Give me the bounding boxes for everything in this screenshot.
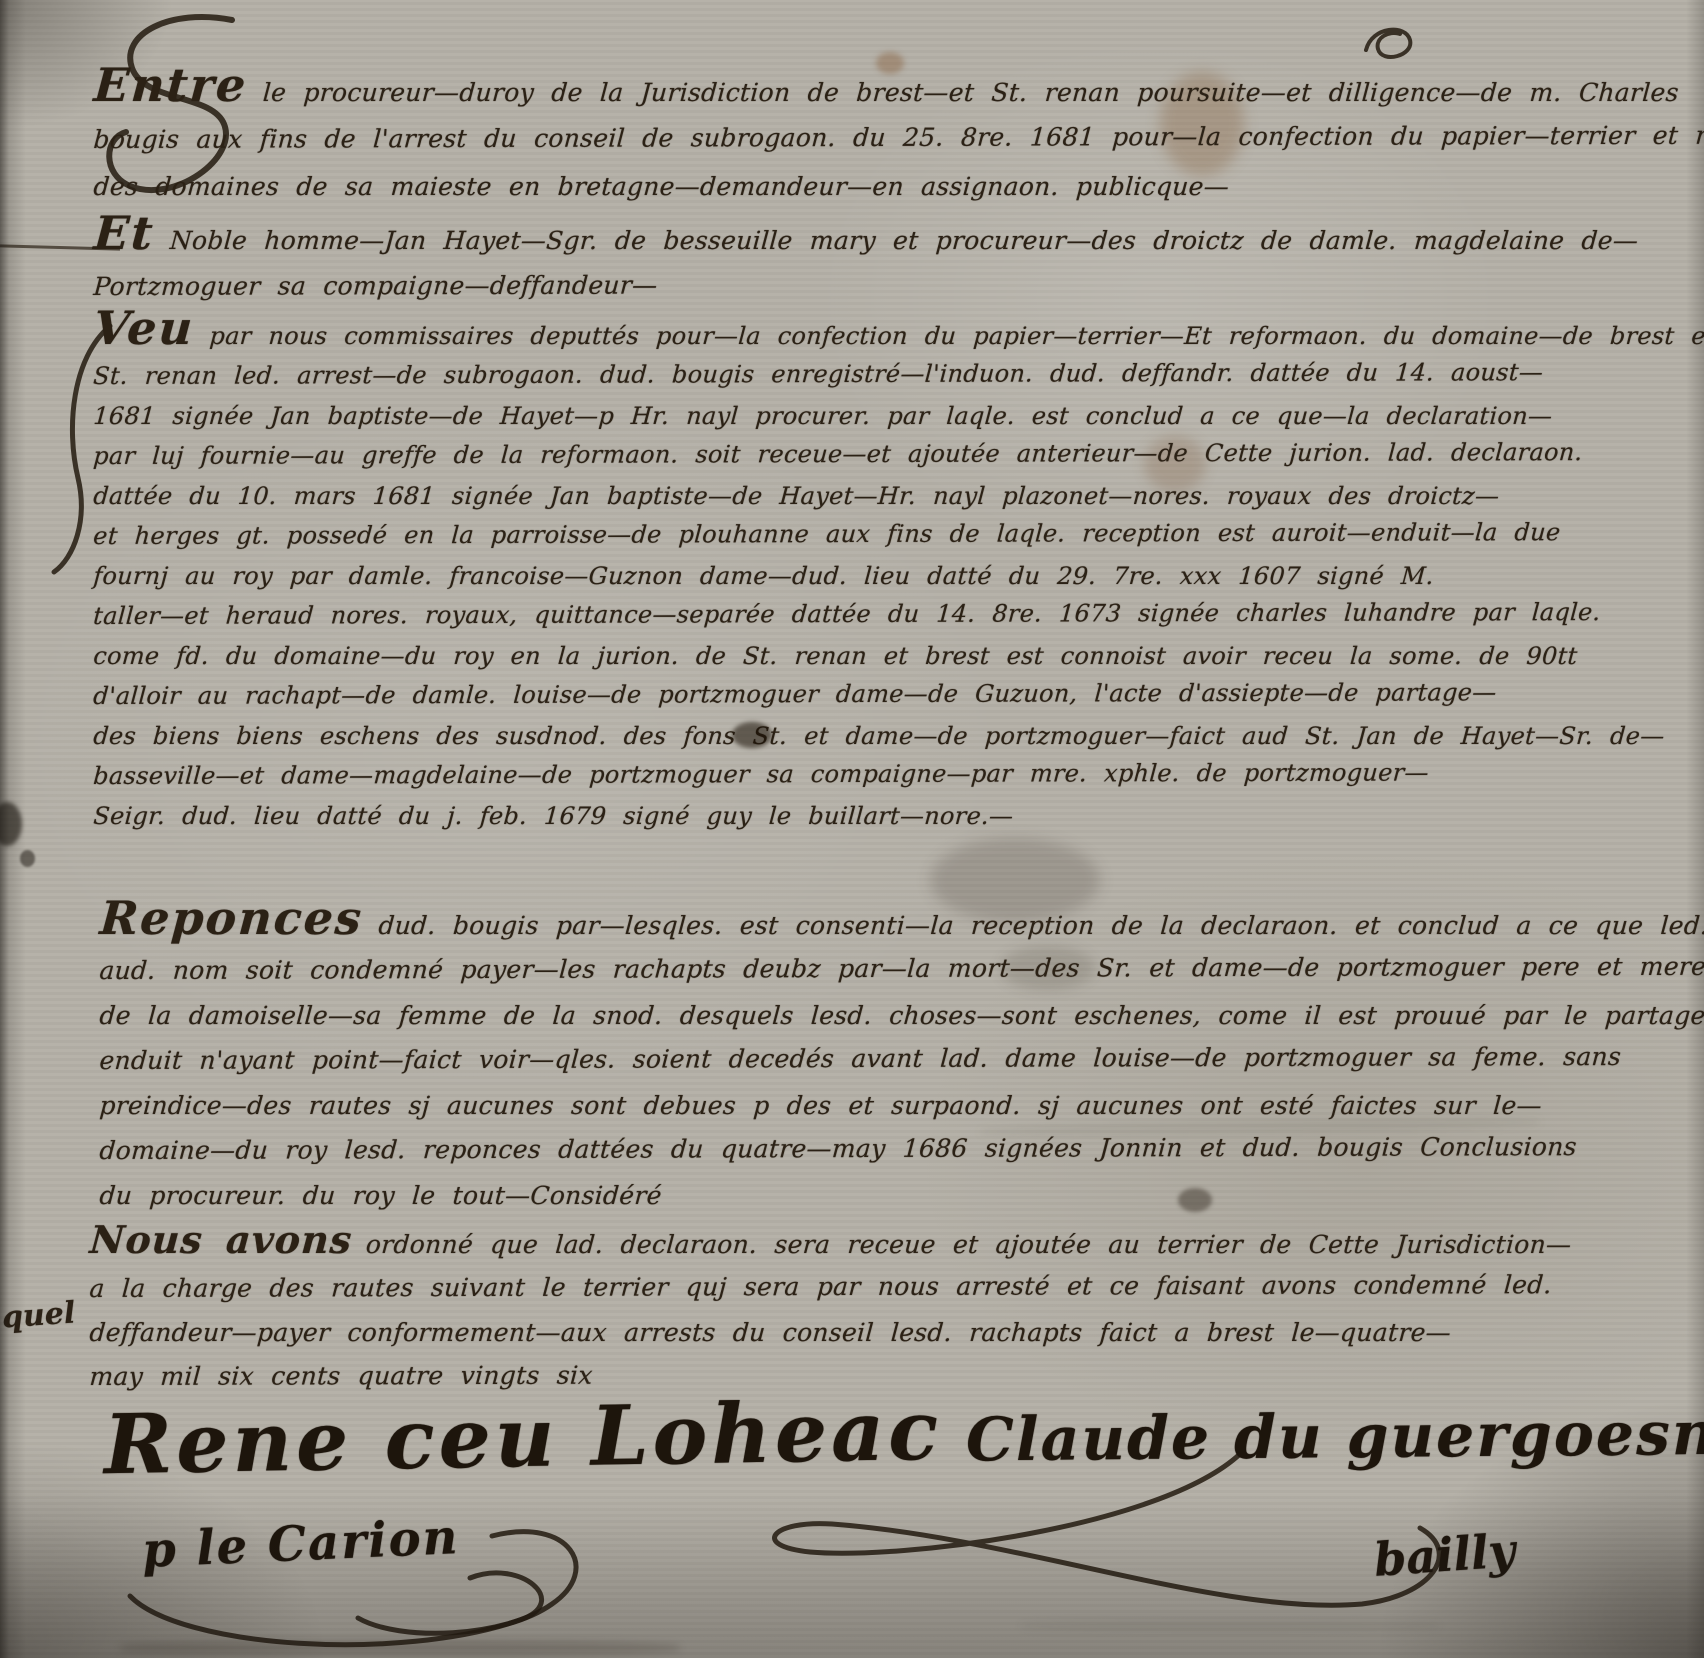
signature-claude-du-guergoesne: Claude du guergoesne	[966, 1399, 1704, 1476]
line-text: dud. bougis par—lesqles. est consenti—la…	[378, 911, 1704, 940]
manuscript-page: Entrele procureur—duroy de la Jurisdicti…	[0, 0, 1704, 1658]
text-line: des domaines de sa maieste en bretagne—d…	[92, 163, 1704, 210]
drop-cap: Entre	[92, 58, 249, 112]
margin-note: quel	[1, 1295, 77, 1335]
signature-bailly: bailly	[1372, 1523, 1517, 1587]
text-line: deffandeur—payer conformement—aux arrest…	[88, 1311, 1573, 1355]
text-line: du procureur. du roy le tout—Considéré	[98, 1173, 1704, 1218]
text-line: preindice—des rautes sj aucunes sont deb…	[98, 1083, 1704, 1128]
paragraph-entre: Entrele procureur—duroy de la Jurisdicti…	[92, 62, 1704, 210]
text-line: et herges gt. possedé en la parroisse—de…	[92, 512, 1704, 556]
text-line: des biens biens eschens des susdnod. des…	[92, 716, 1704, 756]
drop-cap: Nous avons	[88, 1217, 354, 1262]
text-line: a la charge des rautes suivant le terrie…	[88, 1263, 1573, 1311]
edge-blot	[0, 802, 22, 846]
text-line: par luj fournie—au greffe de la reformao…	[92, 432, 1704, 476]
drop-cap: Veu	[92, 301, 196, 355]
text-line: Seigr. dud. lieu datté du j. feb. 1679 s…	[92, 796, 1704, 836]
drop-cap: Reponces	[98, 891, 365, 945]
text-line: St. renan led. arrest—de subrogaon. dud.…	[92, 352, 1704, 396]
text-line: taller—et heraud nores. royaux, quittanc…	[92, 592, 1704, 636]
text-line: 1681 signée Jan baptiste—de Hayet—p Hr. …	[92, 396, 1704, 436]
text-line: fournj au roy par damle. francoise—Guzno…	[92, 556, 1704, 596]
line-text: Noble homme—Jan Hayet—Sgr. de besseuille…	[169, 226, 1639, 255]
line-text: le procureur—duroy de la Jurisdiction de…	[262, 78, 1680, 107]
line-text: ordonné que lad. declaraon. sera receue …	[365, 1230, 1572, 1259]
drop-cap: Et	[92, 206, 156, 260]
text-line: de la damoiselle—sa femme de la snod. de…	[98, 993, 1704, 1038]
text-line: EtNoble homme—Jan Hayet—Sgr. de besseuil…	[92, 210, 1640, 264]
text-line: Nous avonsordonné que lad. declaraon. se…	[88, 1218, 1573, 1267]
edge-blot	[20, 850, 35, 867]
ink-blot	[1178, 1188, 1212, 1212]
text-line: enduit n'ayant point—faict voir—qles. so…	[98, 1033, 1704, 1083]
text-line: basseville—et dame—magdelaine—de portzmo…	[92, 752, 1704, 796]
line-text: par nous commissaires deputtés pour—la c…	[209, 322, 1704, 350]
text-line: aud. nom soit condemné payer—les rachapt…	[98, 943, 1704, 993]
text-line: come fd. du domaine—du roy en la jurion.…	[92, 636, 1704, 676]
signature-rene-loheac: Rene ceu Loheac	[103, 1383, 943, 1494]
paragraph-et-noble-homme: EtNoble homme—Jan Hayet—Sgr. de besseuil…	[92, 210, 1637, 310]
ink-blot	[732, 722, 772, 748]
text-line: domaine—du roy lesd. reponces dattées du…	[98, 1123, 1704, 1173]
text-line: dattée du 10. mars 1681 signée Jan bapti…	[92, 476, 1704, 516]
text-line: Portzmoguer sa compaigne—deffandeur—	[92, 260, 1640, 310]
text-line: Reponcesdud. bougis par—lesqles. est con…	[98, 896, 1704, 948]
paragraph-ordonnance: Nous avonsordonné que lad. declaraon. se…	[88, 1218, 1570, 1399]
paragraph-veu: Veupar nous commissaires deputtés pour—l…	[92, 308, 1704, 836]
text-line: d'alloir au rachapt—de damle. louise—de …	[92, 672, 1704, 716]
paragraph-reponces: Reponcesdud. bougis par—lesqles. est con…	[98, 896, 1704, 1218]
text-line: Entrele procureur—duroy de la Jurisdicti…	[92, 62, 1704, 116]
text-line: Veupar nous commissaires deputtés pour—l…	[92, 308, 1704, 356]
text-line: bougis aux fins de l'arrest du conseil d…	[92, 111, 1704, 163]
